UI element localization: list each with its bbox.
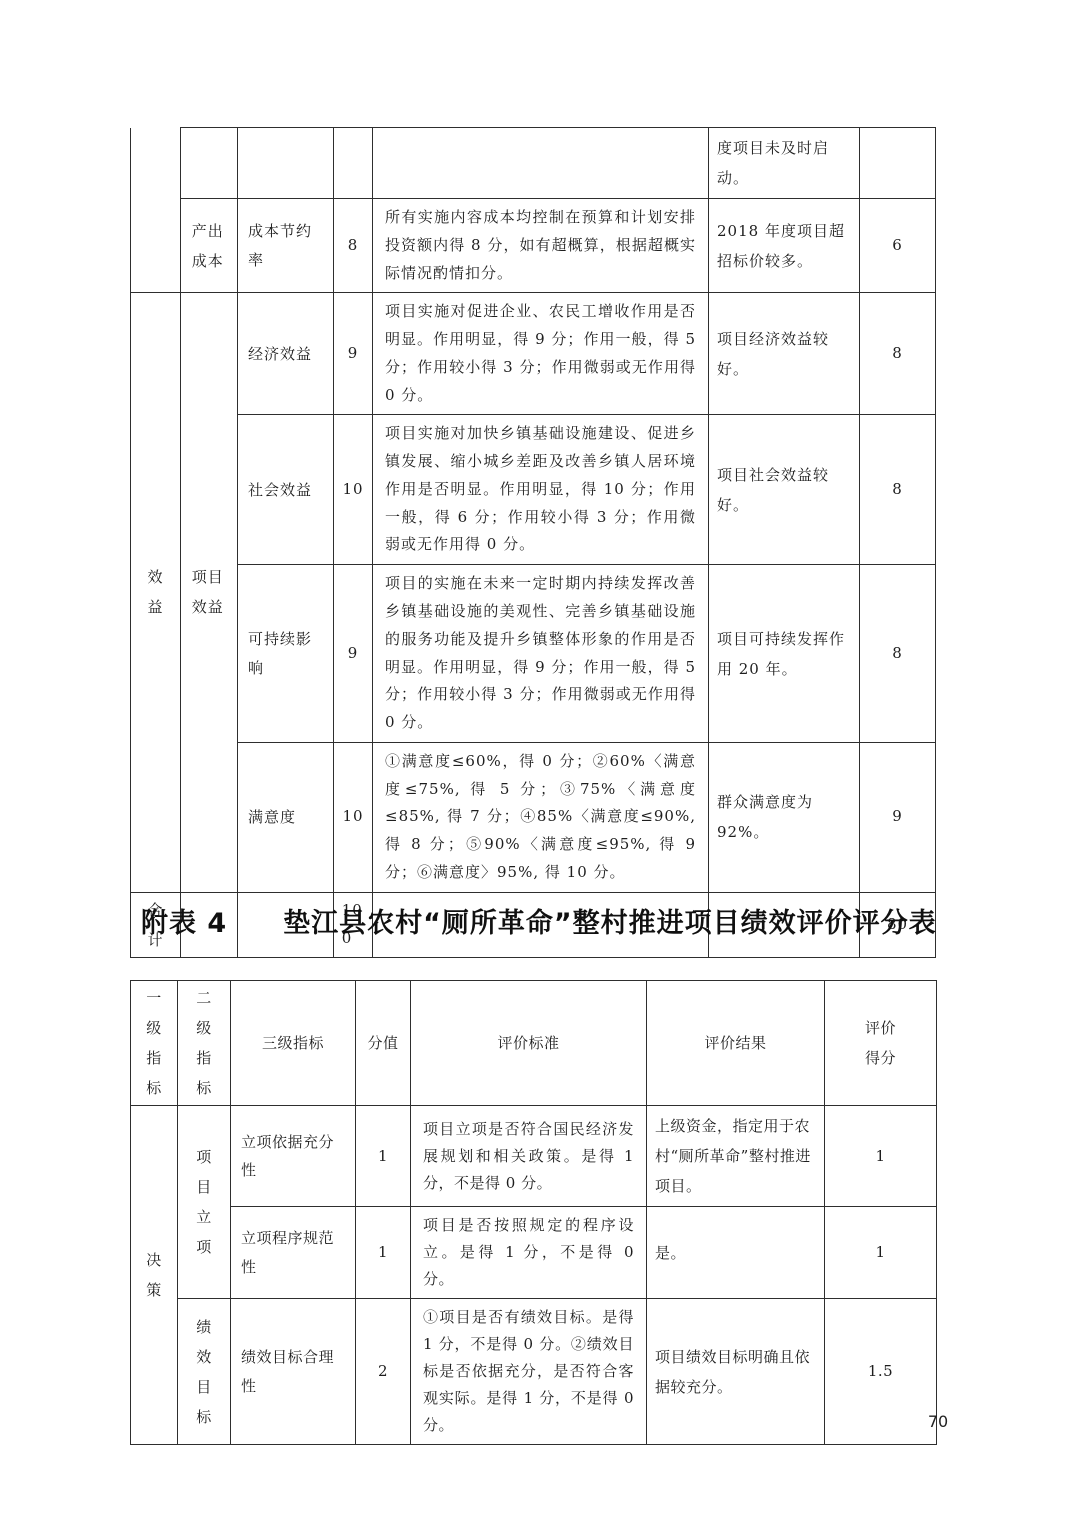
indicator-cell: 经济效益 (238, 293, 334, 415)
result-cell: 项目绩效目标明确且依据较充分。 (647, 1299, 825, 1445)
level2-label: 项目立项 (196, 1142, 212, 1262)
score-cell: 1 (825, 1106, 937, 1207)
level1-label: 决策 (146, 1245, 162, 1305)
result-cell: 上级资金，指定用于农村“厕所革命”整村推进项目。 (647, 1106, 825, 1207)
result-cell-partial: 度项目未及时启动。 (709, 128, 860, 199)
header-level1: 一级指标 (146, 983, 162, 1103)
points-cell: 9 (334, 565, 373, 743)
level1-cell-benefit: 效益 (131, 293, 181, 892)
criteria-cell: 项目是否按照规定的程序设立。是得 1 分，不是得 0 分。 (411, 1207, 647, 1299)
criteria-cell: 项目立项是否符合国民经济发展规划和相关政策。是得 1 分，不是得 0 分。 (411, 1106, 647, 1207)
result-cell: 群众满意度为 92%。 (709, 742, 860, 892)
header-level2: 二级指标 (196, 983, 212, 1103)
level1-label: 效益 (147, 562, 163, 622)
score-cell: 6 (860, 199, 936, 293)
appendix-table-title-text: 垫江县农村“厕所革命”整村推进项目绩效评价评分表 (283, 901, 937, 940)
level1-cell-decision: 决策 (131, 1106, 178, 1445)
page-number: 70 (918, 1412, 958, 1431)
level2-cell-project-benefit: 项目效益 (181, 293, 238, 892)
result-cell: 2018 年度项目超招标价较多。 (709, 199, 860, 293)
result-cell: 是。 (647, 1207, 825, 1299)
indicator-cell: 可持续影响 (238, 565, 334, 743)
level2-cell-empty (181, 128, 238, 199)
points-cell: 9 (334, 293, 373, 415)
points-cell: 10 (334, 415, 373, 565)
level1-cell-empty (131, 128, 181, 293)
indicator-cell: 立项程序规范性 (231, 1207, 356, 1299)
level2-cell-output-cost: 产出成本 (181, 199, 238, 293)
document-page: 度项目未及时启动。 产出成本 成本节约率 8 所有实施内容成本均控制在预算和计划… (0, 0, 1074, 1520)
header-level1-cell: 一级指标 (131, 981, 178, 1106)
indicator-cell: 满意度 (238, 742, 334, 892)
level2-label: 产出成本 (192, 216, 227, 276)
level2-label: 绩效目标 (196, 1312, 212, 1432)
indicator-cell: 立项依据充分性 (231, 1106, 356, 1207)
score-cell: 9 (860, 742, 936, 892)
points-cell: 10 (334, 742, 373, 892)
points-cell: 1 (356, 1207, 411, 1299)
header-score: 评价得分 (863, 1013, 898, 1073)
indicator-cell: 绩效目标合理性 (231, 1299, 356, 1445)
header-level2-cell: 二级指标 (178, 981, 231, 1106)
score-cell: 8 (860, 293, 936, 415)
result-cell: 项目可持续发挥作用 20 年。 (709, 565, 860, 743)
criteria-cell: 项目的实施在未来一定时期内持续发挥改善乡镇基础设施的美观性、完善乡镇基础设施的服… (373, 565, 709, 743)
indicator-cell-empty (238, 128, 334, 199)
criteria-cell: ①满意度≤60%，得 0 分；②60%〈满意度≤75%, 得 5 分；③75%〈… (373, 742, 709, 892)
header-level3-cell: 三级指标 (231, 981, 356, 1106)
header-criteria-cell: 评价标准 (411, 981, 647, 1106)
indicator-cell: 社会效益 (238, 415, 334, 565)
appendix-table-label: 附表 4 (141, 901, 227, 940)
level2-cell-project-setup: 项目立项 (178, 1106, 231, 1299)
level2-cell-performance-goal: 绩效目标 (178, 1299, 231, 1445)
points-cell: 8 (334, 199, 373, 293)
score-table-appendix4: 一级指标 二级指标 三级指标 分值 评价标准 评价结果 评价得分 决策 项目立项… (130, 980, 937, 1445)
appendix-table-title: 附表 4 垫江县农村“厕所革命”整村推进项目绩效评价评分表 (141, 901, 941, 940)
header-result-cell: 评价结果 (647, 981, 825, 1106)
score-cell: 8 (860, 415, 936, 565)
indicator-cell: 成本节约率 (238, 199, 334, 293)
score-cell: 1 (825, 1207, 937, 1299)
criteria-cell: ①项目是否有绩效目标。是得 1 分，不是得 0 分。②绩效目标是否依据充分，是否… (411, 1299, 647, 1445)
score-cell-empty (860, 128, 936, 199)
points-cell-empty (334, 128, 373, 199)
criteria-cell-empty (373, 128, 709, 199)
score-table-continuation: 度项目未及时启动。 产出成本 成本节约率 8 所有实施内容成本均控制在预算和计划… (130, 127, 936, 958)
criteria-cell: 所有实施内容成本均控制在预算和计划安排投资额内得 8 分，如有超概算，根据超概实… (373, 199, 709, 293)
points-cell: 2 (356, 1299, 411, 1445)
result-cell: 项目社会效益较好。 (709, 415, 860, 565)
score-cell: 8 (860, 565, 936, 743)
header-score-cell: 评价得分 (825, 981, 937, 1106)
criteria-cell: 项目实施对促进企业、农民工增收作用是否明显。作用明显，得 9 分；作用一般，得 … (373, 293, 709, 415)
result-cell: 项目经济效益较好。 (709, 293, 860, 415)
points-cell: 1 (356, 1106, 411, 1207)
level2-label: 项目效益 (192, 562, 227, 622)
header-points-cell: 分值 (356, 981, 411, 1106)
criteria-cell: 项目实施对加快乡镇基础设施建设、促进乡镇发展、缩小城乡差距及改善乡镇人居环境作用… (373, 415, 709, 565)
